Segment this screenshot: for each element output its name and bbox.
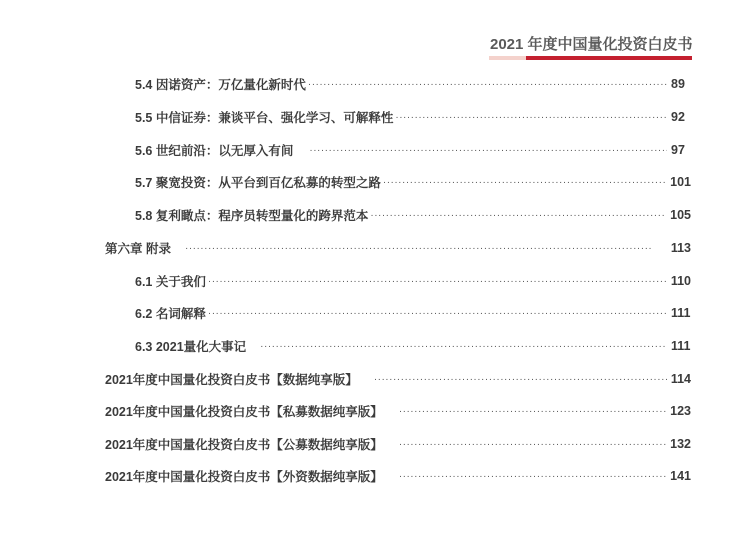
- toc-entry-page: 132: [668, 437, 691, 451]
- header-bar-accent: [526, 56, 692, 60]
- header-bar-light: [489, 56, 526, 60]
- toc-entry-page: 114: [669, 372, 691, 386]
- leader-dots: ········································…: [370, 210, 666, 221]
- toc-entry-page: 97: [669, 143, 691, 157]
- leader-dots: ········································…: [383, 177, 666, 188]
- toc-entry-page: 113: [669, 241, 691, 255]
- toc-chapter-entry[interactable]: 2021年度中国量化投资白皮书【公募数据纯享版】················…: [105, 435, 691, 453]
- toc-chapter-entry[interactable]: 第六章 附录··································…: [105, 239, 691, 257]
- leader-dots: ········································…: [395, 112, 667, 123]
- leader-dots: ········································…: [185, 243, 667, 254]
- toc-entry[interactable]: 5.6 世纪前沿：以无厚入有间·························…: [135, 141, 691, 159]
- toc-entry-label: 5.6 世纪前沿：以无厚入有间: [135, 141, 293, 159]
- leader-dots: ········································…: [374, 374, 667, 385]
- toc-chapter-entry[interactable]: 2021年度中国量化投资白皮书【私募数据纯享版】················…: [105, 402, 691, 420]
- toc-entry-label: 2021年度中国量化投资白皮书【私募数据纯享版】: [105, 402, 383, 420]
- toc-entry-label: 第六章 附录: [105, 239, 171, 257]
- leader-dots: ········································…: [399, 471, 666, 482]
- leader-dots: ········································…: [208, 276, 667, 287]
- toc-entry-page: 123: [668, 404, 691, 418]
- leader-dots: ········································…: [399, 406, 666, 417]
- toc-entry[interactable]: 5.7 聚宽投资：从平台到百亿私募的转型之路··················…: [135, 173, 691, 191]
- toc-entry-page: 101: [668, 175, 691, 189]
- leader-dots: ········································…: [308, 79, 667, 90]
- toc-entry-label: 5.8 复利瞰点：程序员转型量化的跨界范本: [135, 206, 368, 224]
- toc-entry-page: 141: [668, 469, 691, 483]
- toc-entry[interactable]: 6.1 关于我们································…: [135, 272, 691, 290]
- toc-entry-label: 2021年度中国量化投资白皮书【数据纯享版】: [105, 370, 358, 388]
- toc-entry-label: 2021年度中国量化投资白皮书【外资数据纯享版】: [105, 467, 383, 485]
- toc-entry-label: 2021年度中国量化投资白皮书【公募数据纯享版】: [105, 435, 383, 453]
- toc-entry-page: 105: [668, 208, 691, 222]
- toc-chapter-entry[interactable]: 2021年度中国量化投资白皮书【外资数据纯享版】················…: [105, 467, 691, 485]
- toc-entry-page: 89: [669, 77, 691, 91]
- toc-entry-page: 110: [669, 274, 691, 288]
- toc-entry-label: 6.2 名词解释: [135, 304, 206, 322]
- leader-dots: ········································…: [399, 439, 666, 450]
- document-title: 2021 年度中国量化投资白皮书: [490, 33, 693, 54]
- toc-entry[interactable]: 6.3 2021量化大事记···························…: [135, 337, 691, 355]
- toc-chapter-entry[interactable]: 2021年度中国量化投资白皮书【数据纯享版】··················…: [105, 370, 691, 388]
- toc-entry-label: 5.7 聚宽投资：从平台到百亿私募的转型之路: [135, 173, 381, 191]
- toc-entry-label: 6.1 关于我们: [135, 272, 206, 290]
- toc-entry-label: 5.5 中信证券：兼谈平台、强化学习、可解释性: [135, 108, 393, 126]
- toc-entry-page: 92: [669, 110, 691, 124]
- toc-entry[interactable]: 5.5 中信证券：兼谈平台、强化学习、可解释性·················…: [135, 108, 691, 126]
- toc-entry-label: 6.3 2021量化大事记: [135, 337, 246, 355]
- leader-dots: ········································…: [208, 308, 667, 319]
- leader-dots: ········································…: [260, 341, 667, 352]
- toc-entry-label: 5.4 因诺资产：万亿量化新时代: [135, 75, 306, 93]
- leader-dots: ········································…: [309, 145, 667, 156]
- toc-entry[interactable]: 5.8 复利瞰点：程序员转型量化的跨界范本···················…: [135, 206, 691, 224]
- toc-entry-page: 111: [669, 306, 691, 320]
- toc-entry[interactable]: 6.2 名词解释································…: [135, 304, 691, 322]
- toc-entry-page: 111: [669, 339, 691, 353]
- toc-entry[interactable]: 5.4 因诺资产：万亿量化新时代························…: [135, 75, 691, 93]
